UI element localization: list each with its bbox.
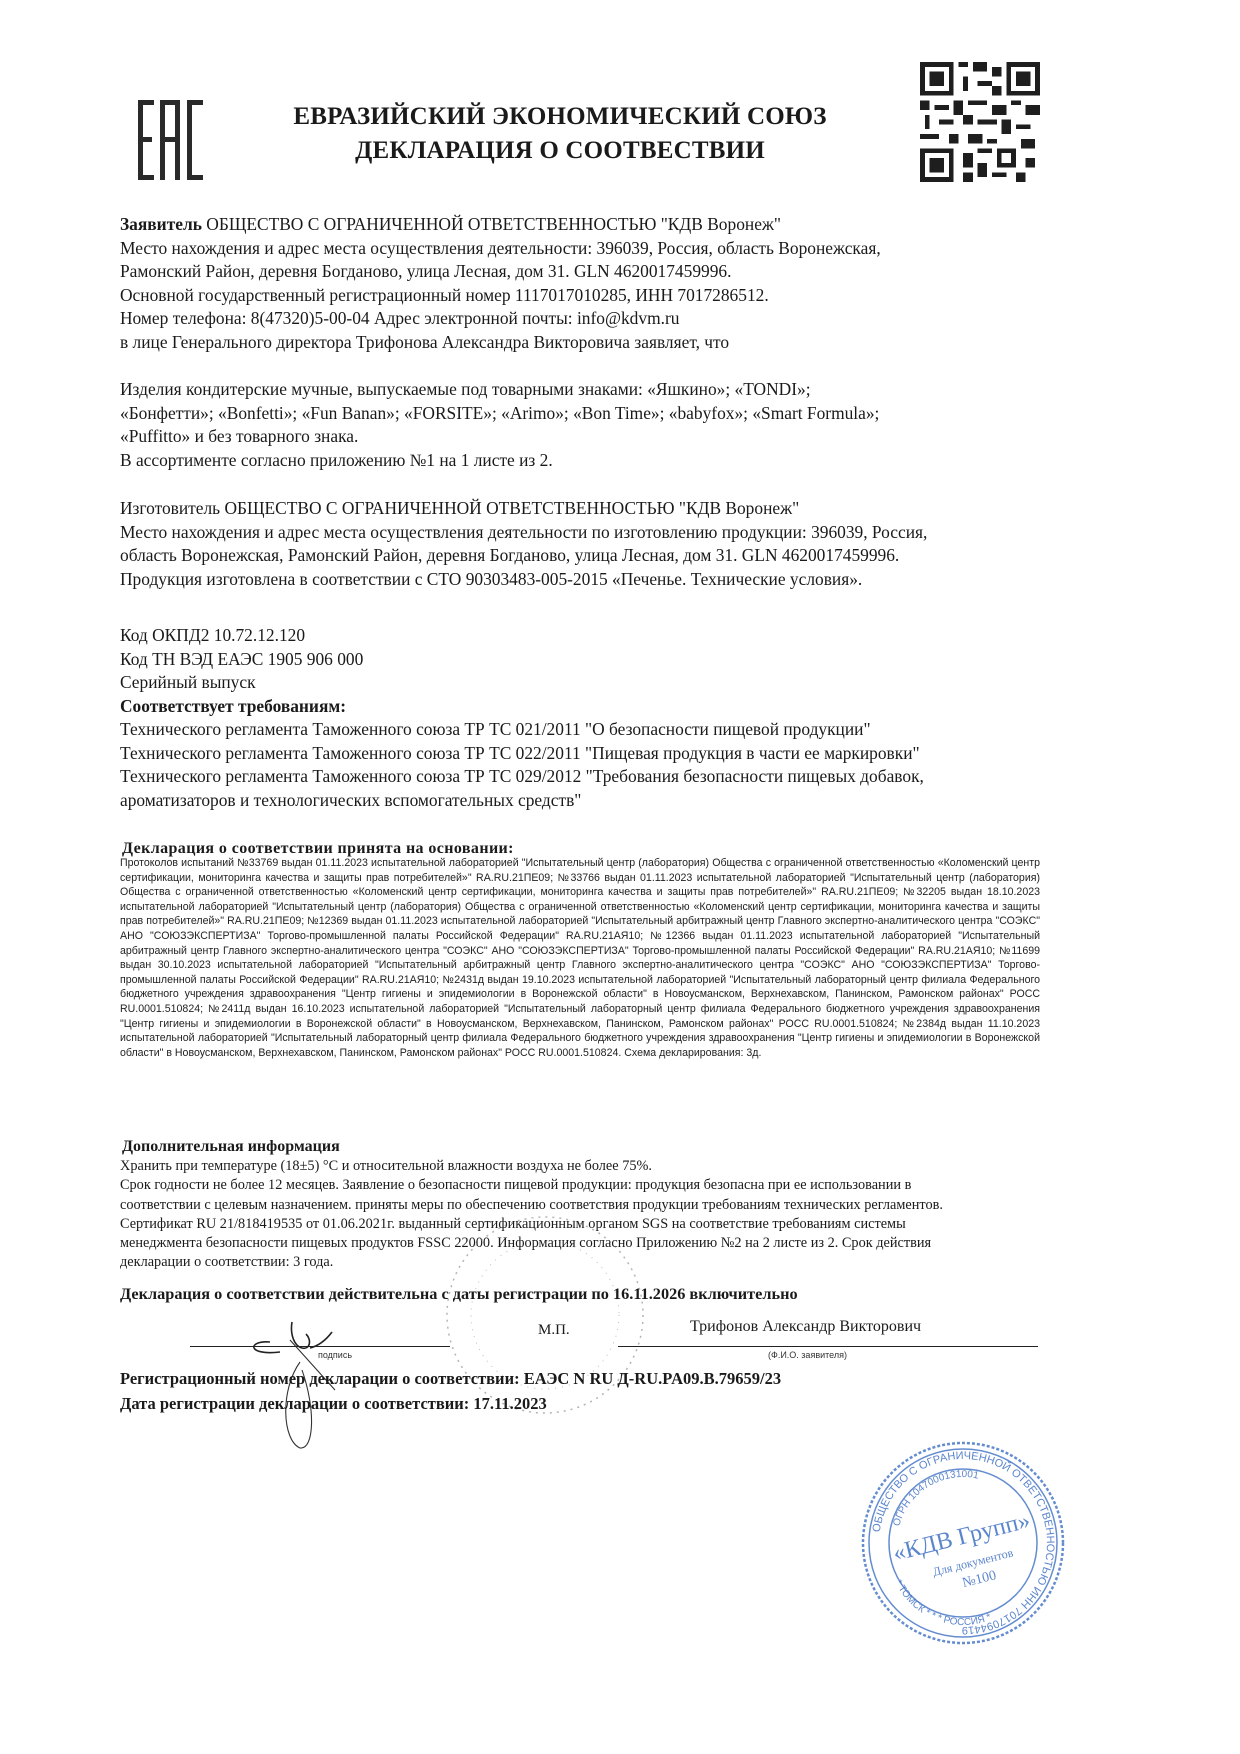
eac-logo-icon: [136, 98, 206, 182]
manufacturer-address: Место нахождения и адрес места осуществл…: [120, 521, 1060, 545]
applicant-address-cont: Рамонский Район, деревня Богданово, улиц…: [120, 260, 1060, 284]
additional-line: Срок годности не более 12 месяцев. Заявл…: [120, 1176, 1040, 1195]
product-assortment: В ассортименте согласно приложению №1 на…: [120, 449, 1060, 473]
manufacturer-standard: Продукция изготовлена в соответствии с С…: [120, 568, 1060, 592]
applicant-ogrn: Основной государственный регистрационный…: [120, 284, 1060, 308]
registration-date: Дата регистрации декларации о соответств…: [120, 1394, 1020, 1414]
applicant-address: Место нахождения и адрес места осуществл…: [120, 237, 1060, 261]
requirement-item: ароматизаторов и технологических вспомог…: [120, 789, 1060, 813]
manufacturer-label: Изготовитель: [120, 498, 220, 518]
tnved-code: Код ТН ВЭД ЕАЭС 1905 906 000: [120, 648, 1060, 672]
title-line-declaration: ДЕКЛАРАЦИЯ О СООТВЕСТВИИ: [260, 134, 860, 168]
signature-line: [190, 1346, 450, 1347]
requirement-item: Технического регламента Таможенного союз…: [120, 718, 1060, 742]
manufacturer-address-cont: область Воронежская, Рамонский Район, де…: [120, 544, 1060, 568]
signer-name: Трифонов Александр Викторович: [690, 1318, 921, 1336]
name-caption: (Ф.И.О. заявителя): [768, 1350, 847, 1360]
title-line-union: ЕВРАЗИЙСКИЙ ЭКОНОМИЧЕСКИЙ СОЮЗ: [260, 100, 860, 134]
applicant-label: Заявитель: [120, 214, 202, 234]
name-line: [618, 1346, 1038, 1347]
okpd2-code: Код ОКПД2 10.72.12.120: [120, 624, 1060, 648]
applicant-section: Заявитель ОБЩЕСТВО С ОГРАНИЧЕННОЙ ОТВЕТС…: [120, 213, 1060, 354]
product-line: «Puffitto» и без товарного знака.: [120, 425, 1060, 449]
applicant-name: ОБЩЕСТВО С ОГРАНИЧЕННОЙ ОТВЕТСТВЕННОСТЬЮ…: [202, 214, 781, 234]
applicant-representative: в лице Генерального директора Трифонова …: [120, 331, 1060, 355]
signature-caption: подпись: [318, 1350, 352, 1360]
product-line: Изделия кондитерские мучные, выпускаемые…: [120, 378, 1060, 402]
qr-code-icon: [920, 62, 1040, 182]
requirement-item: Технического регламента Таможенного союз…: [120, 765, 1060, 789]
applicant-contacts: Номер телефона: 8(47320)5-00-04 Адрес эл…: [120, 307, 1060, 331]
stamp-place-label: М.П.: [538, 1322, 570, 1339]
validity-statement: Декларация о соответствии действительна …: [120, 1284, 798, 1304]
requirements-title: Соответствует требованиям:: [120, 695, 1060, 719]
product-section: Изделия кондитерские мучные, выпускаемые…: [120, 378, 1060, 472]
product-line: «Бонфетти»; «Bonfetti»; «Fun Banan»; «FO…: [120, 402, 1060, 426]
additional-line: Хранить при температуре (18±5) °С и отно…: [120, 1157, 1040, 1176]
manufacturer-section: Изготовитель ОБЩЕСТВО С ОГРАНИЧЕННОЙ ОТВ…: [120, 497, 1060, 591]
codes-section: Код ОКПД2 10.72.12.120 Код ТН ВЭД ЕАЭС 1…: [120, 624, 1060, 812]
registration-number: Регистрационный номер декларации о соотв…: [120, 1369, 1020, 1389]
requirement-item: Технического регламента Таможенного союз…: [120, 742, 1060, 766]
svg-text:№100: №100: [961, 1568, 998, 1591]
basis-text: Протоколов испытаний №33769 выдан 01.11.…: [120, 856, 1040, 1060]
manufacturer-name: ОБЩЕСТВО С ОГРАНИЧЕННОЙ ОТВЕТСТВЕННОСТЬЮ…: [220, 498, 799, 518]
company-stamp-icon: ОБЩЕСТВО С ОГРАНИЧЕННОЙ ОТВЕТСТВЕННОСТЬЮ…: [858, 1438, 1068, 1648]
document-title: ЕВРАЗИЙСКИЙ ЭКОНОМИЧЕСКИЙ СОЮЗ ДЕКЛАРАЦИ…: [260, 100, 860, 168]
additional-info-title: Дополнительная информация: [122, 1138, 340, 1156]
release-type: Серийный выпуск: [120, 671, 1060, 695]
